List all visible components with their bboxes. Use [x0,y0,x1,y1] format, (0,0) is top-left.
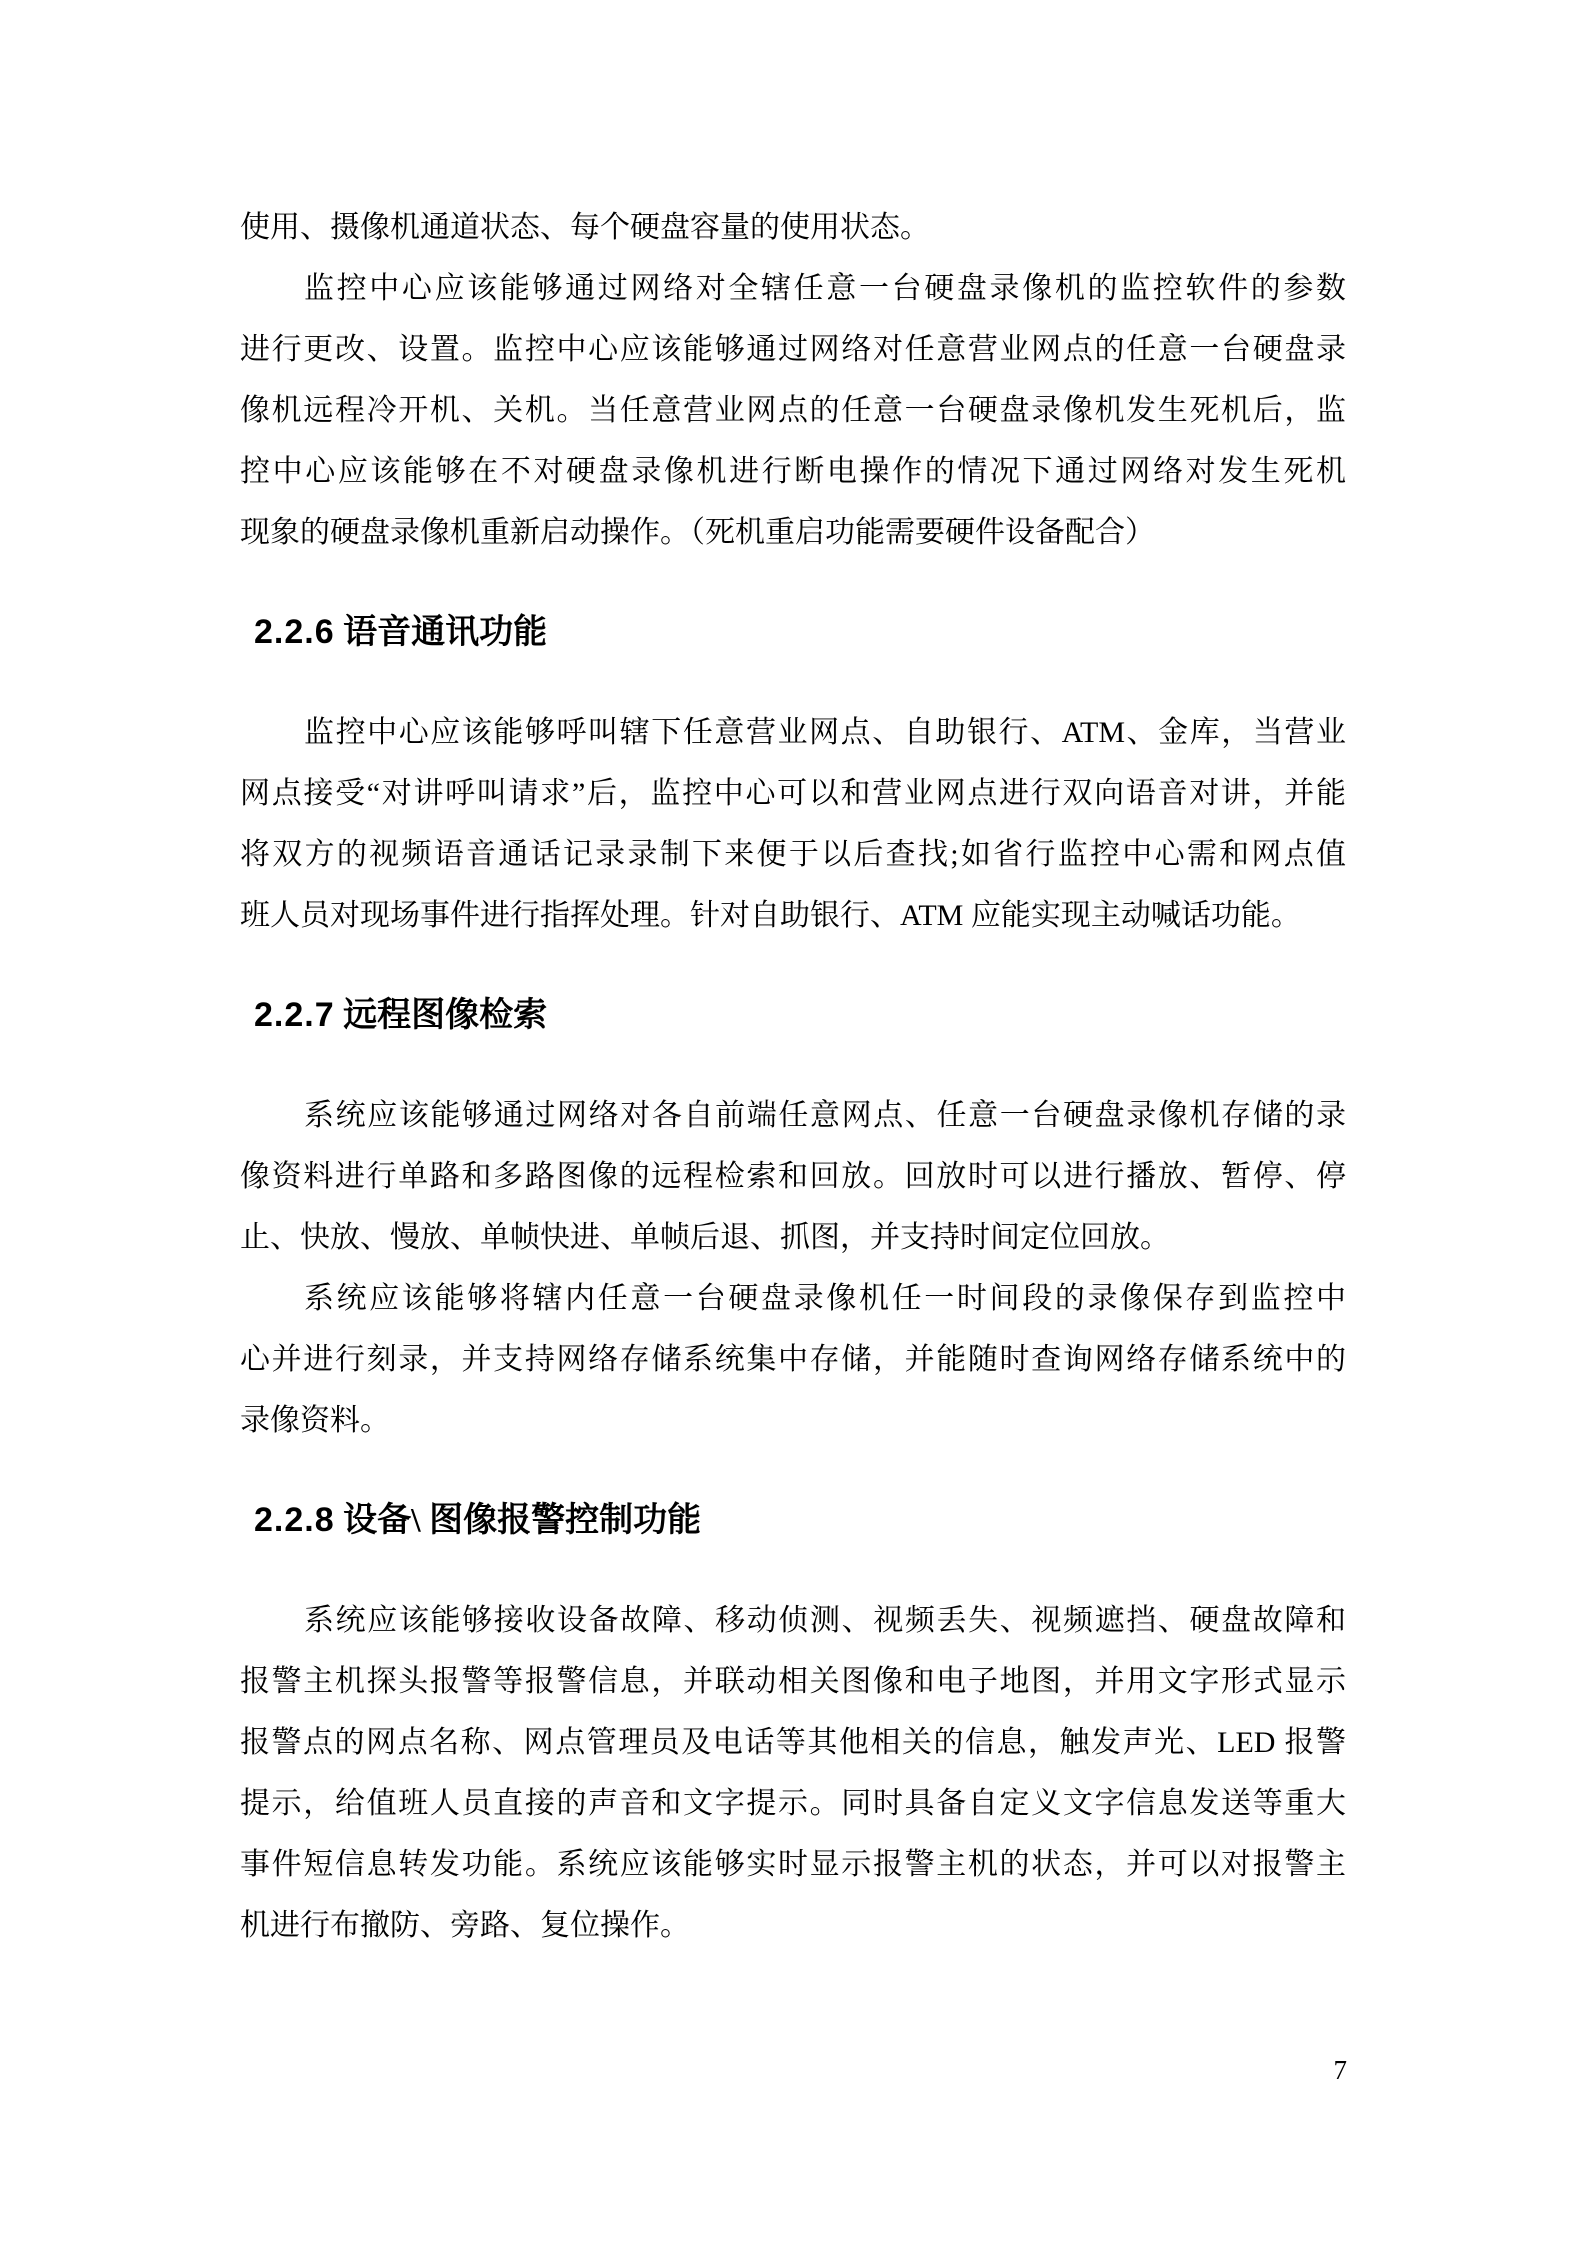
section-number: 2.2.7 [254,996,335,1034]
text-line: 系统应该能够通过网络对各自前端任意网点、任意一台硬盘录像机存储的录 [240,1085,1346,1146]
text-line: 将双方的视频语音通话记录录制下来便于以后查找;如省行监控中心需和网点值 [240,824,1346,885]
section-number: 2.2.8 [254,1501,335,1539]
section-number: 2.2.6 [254,613,335,651]
text-line: 使用、摄像机通道状态、每个硬盘容量的使用状态。 [240,197,1346,258]
text-line: 控中心应该能够在不对硬盘录像机进行断电操作的情况下通过网络对发生死机 [240,441,1346,502]
text-line: 录像资料。 [240,1390,1346,1451]
text-line: 止、快放、慢放、单帧快进、单帧后退、抓图，并支持时间定位回放。 [240,1207,1346,1268]
text-line: 像资料进行单路和多路图像的远程检索和回放。回放时可以进行播放、暂停、停 [240,1146,1346,1207]
text-line: 事件短信息转发功能。系统应该能够实时显示报警主机的状态，并可以对报警主 [240,1834,1346,1895]
text-line: 监控中心应该能够呼叫辖下任意营业网点、自助银行、ATM、金库，当营业 [240,702,1346,763]
text-line: 进行更改、设置。监控中心应该能够通过网络对任意营业网点的任意一台硬盘录 [240,319,1346,380]
document-body: 使用、摄像机通道状态、每个硬盘容量的使用状态。监控中心应该能够通过网络对全辖任意… [240,197,1346,1956]
text-line: 监控中心应该能够通过网络对全辖任意一台硬盘录像机的监控软件的参数 [240,258,1346,319]
section-title: 语音通讯功能 [343,614,547,651]
page-number: 7 [1227,2050,1347,2090]
text-line: 现象的硬盘录像机重新启动操作。（死机重启功能需要硬件设备配合） [240,502,1346,563]
text-line: 心并进行刻录，并支持网络存储系统集中存储，并能随时查询网络存储系统中的 [240,1329,1346,1390]
section-heading: 2.2.7 远程图像检索 [240,985,1346,1046]
section-title: 设备\ 图像报警控制功能 [343,1502,701,1539]
text-line: 报警主机探头报警等报警信息，并联动相关图像和电子地图，并用文字形式显示 [240,1651,1346,1712]
section-heading: 2.2.8 设备\ 图像报警控制功能 [240,1490,1346,1551]
text-line: 系统应该能够将辖内任意一台硬盘录像机任一时间段的录像保存到监控中 [240,1268,1346,1329]
text-line: 机进行布撤防、旁路、复位操作。 [240,1895,1346,1956]
text-line: 班人员对现场事件进行指挥处理。针对自助银行、ATM 应能实现主动喊话功能。 [240,885,1346,946]
text-line: 像机远程冷开机、关机。当任意营业网点的任意一台硬盘录像机发生死机后，监 [240,380,1346,441]
text-line: 系统应该能够接收设备故障、移动侦测、视频丢失、视频遮挡、硬盘故障和 [240,1590,1346,1651]
text-line: 提示，给值班人员直接的声音和文字提示。同时具备自定义文字信息发送等重大 [240,1773,1346,1834]
document-page: 使用、摄像机通道状态、每个硬盘容量的使用状态。监控中心应该能够通过网络对全辖任意… [0,0,1587,2245]
section-title: 远程图像检索 [343,997,547,1034]
text-line: 网点接受“对讲呼叫请求”后，监控中心可以和营业网点进行双向语音对讲，并能 [240,763,1346,824]
text-line: 报警点的网点名称、网点管理员及电话等其他相关的信息，触发声光、LED 报警 [240,1712,1346,1773]
section-heading: 2.2.6 语音通讯功能 [240,602,1346,663]
